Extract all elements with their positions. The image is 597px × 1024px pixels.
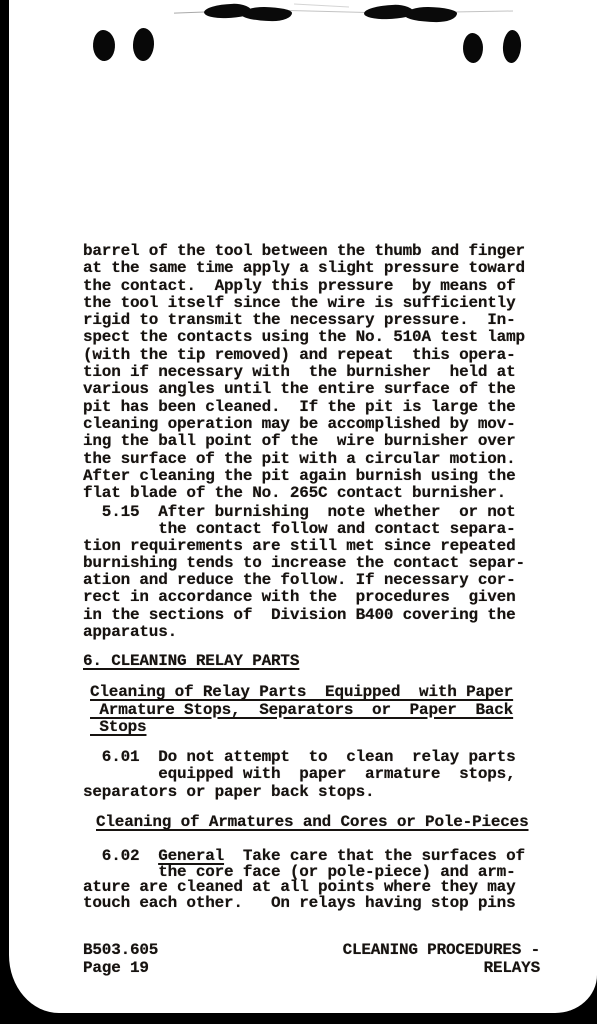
footer-title: CLEANING PROCEDURES - RELAYS [343, 942, 540, 977]
footer-title-line1: CLEANING PROCEDURES - [343, 941, 540, 959]
subheading-paper-stops: Cleaning of Relay Parts Equipped with Pa… [90, 684, 513, 737]
footer-title-line2: RELAYS [484, 959, 540, 977]
scanned-page: barrel of the tool between the thumb and… [9, 0, 597, 1013]
ink-smudge-left-2 [242, 7, 292, 22]
paragraph-continuation: barrel of the tool between the thumb and… [83, 243, 525, 502]
binder-mark-3 [462, 33, 483, 64]
footer-doc-number: B503.605 Page 19 [83, 942, 158, 977]
paragraph-6-02: 6.02 General Take care that the surfaces… [83, 849, 525, 911]
scan-scratch [174, 11, 208, 13]
binder-mark-4 [502, 30, 522, 64]
section-heading-6: 6. CLEANING RELAY PARTS [83, 653, 299, 670]
paragraph-5-15: 5.15 After burnishing note whether or no… [83, 504, 525, 641]
scan-scratch [294, 4, 349, 8]
doc-number: B503.605 [83, 941, 158, 959]
subheading-armatures: Cleaning of Armatures and Cores or Pole-… [96, 814, 528, 831]
binder-mark-1 [92, 29, 116, 61]
scan-scratch [453, 10, 513, 12]
ink-smudge-right-2 [405, 7, 457, 23]
page-number: Page 19 [83, 959, 149, 977]
scan-scratch [289, 10, 367, 13]
paragraph-6-01: 6.01 Do not attempt to clean relay parts… [83, 749, 515, 801]
binder-mark-2 [132, 28, 154, 62]
